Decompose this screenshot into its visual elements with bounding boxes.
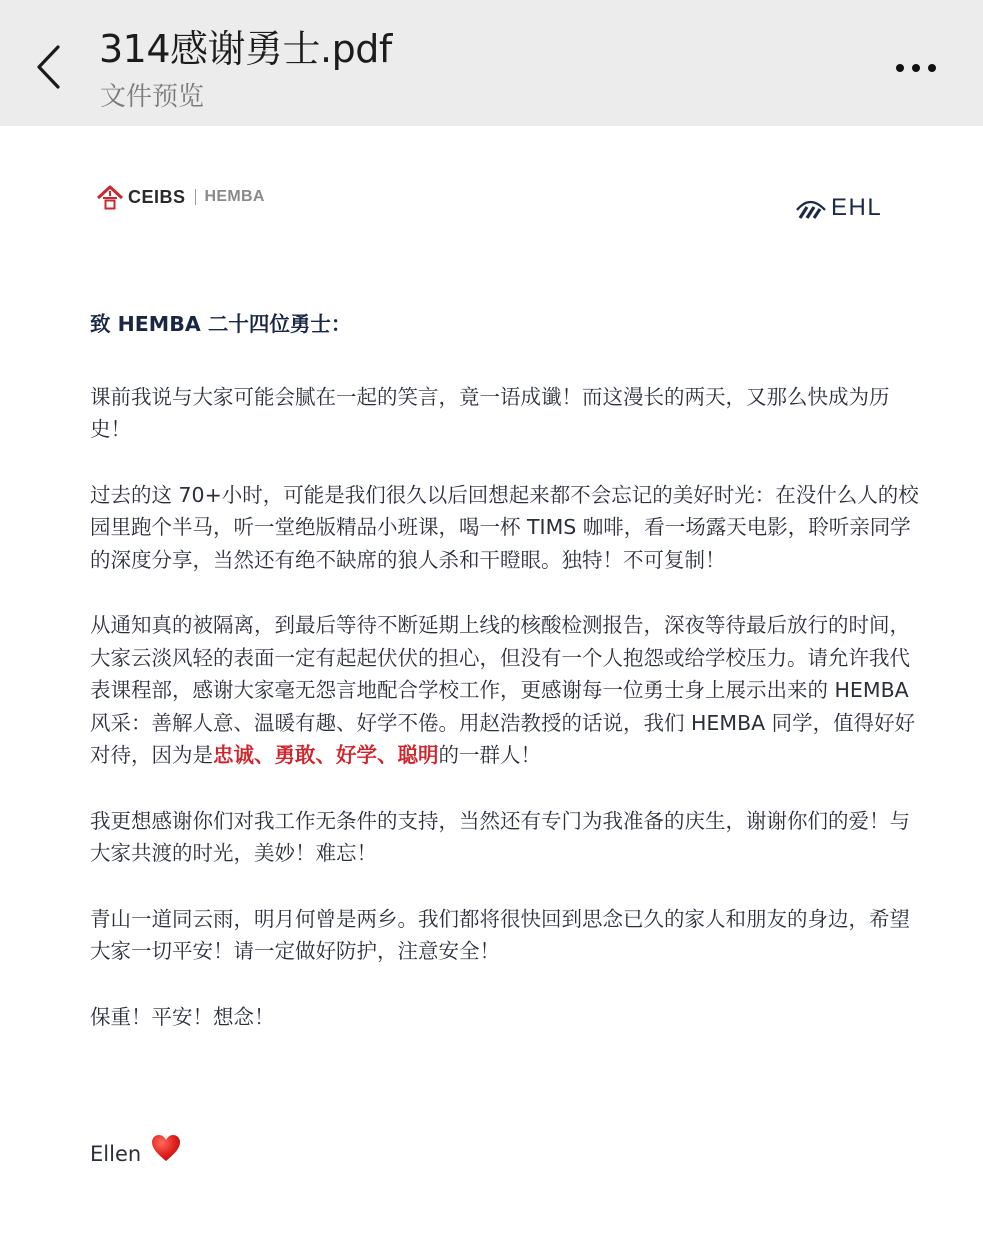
paragraph-6: 保重！平安！想念！ [90,1001,920,1034]
back-button[interactable] [28,40,68,94]
letter-body: 致 HEMBA 二十四位勇士： 课前我说与大家可能会腻在一起的笑言，竟一语成谶！… [90,308,920,1066]
ceibs-logo-text: CEIBS [128,187,186,208]
signature-name: Ellen [90,1142,141,1166]
ceibs-hemba-logo: CEIBS HEMBA [96,182,265,212]
red-heart-icon [151,1134,181,1162]
paragraph-5: 青山一道同云雨，明月何曾是两乡。我们都将很快回到思念已久的家人和朋友的身边，希望… [90,903,920,968]
signature: Ellen [90,1134,181,1166]
more-dot-icon [896,64,904,72]
file-subtitle: 文件预览 [100,80,204,114]
ceibs-emblem-icon [96,183,124,211]
paragraph-2: 过去的这 70+小时，可能是我们很久以后回想起来都不会忘记的美好时光：在没什么人… [90,479,920,577]
ehl-logo: EHL [794,194,882,222]
highlighted-qualities: 忠诚、勇敢、好学、聪明 [213,743,439,767]
ehl-emblem-icon [794,196,828,220]
chevron-left-icon [34,44,62,90]
paragraph-4: 我更想感谢你们对我工作无条件的支持，当然还有专门为我准备的庆生，谢谢你们的爱！与… [90,805,920,870]
letter-greeting: 致 HEMBA 二十四位勇士： [90,308,920,341]
more-dot-icon [928,64,936,72]
paragraph-3: 从通知真的被隔离，到最后等待不断延期上线的核酸检测报告，深夜等待最后放行的时间，… [90,609,920,772]
top-bar: 314感谢勇士.pdf 文件预览 [0,0,983,126]
file-title: 314感谢勇士.pdf [99,26,392,72]
paragraph-3-ending: 的一群人！ [439,743,542,767]
paragraph-1: 课前我说与大家可能会腻在一起的笑言，竟一语成谶！而这漫长的两天，又那么快成为历史… [90,381,920,446]
logo-divider [195,189,196,205]
hemba-logo-text: HEMBA [205,188,265,206]
more-dot-icon [912,64,920,72]
ehl-logo-text: EHL [831,194,882,222]
more-options-button[interactable] [884,52,948,84]
